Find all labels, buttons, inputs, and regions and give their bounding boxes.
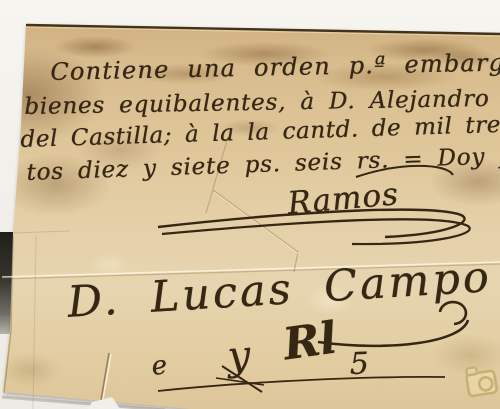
postal-rate-mark: 5	[349, 346, 369, 382]
postal-mark-strike: y	[226, 332, 252, 379]
rubric-mark: Rl	[280, 313, 340, 371]
scanned-letter-photo: Contiene una orden p.ª embargar bienes e…	[0, 0, 500, 409]
postal-mark-left: e	[150, 350, 168, 381]
